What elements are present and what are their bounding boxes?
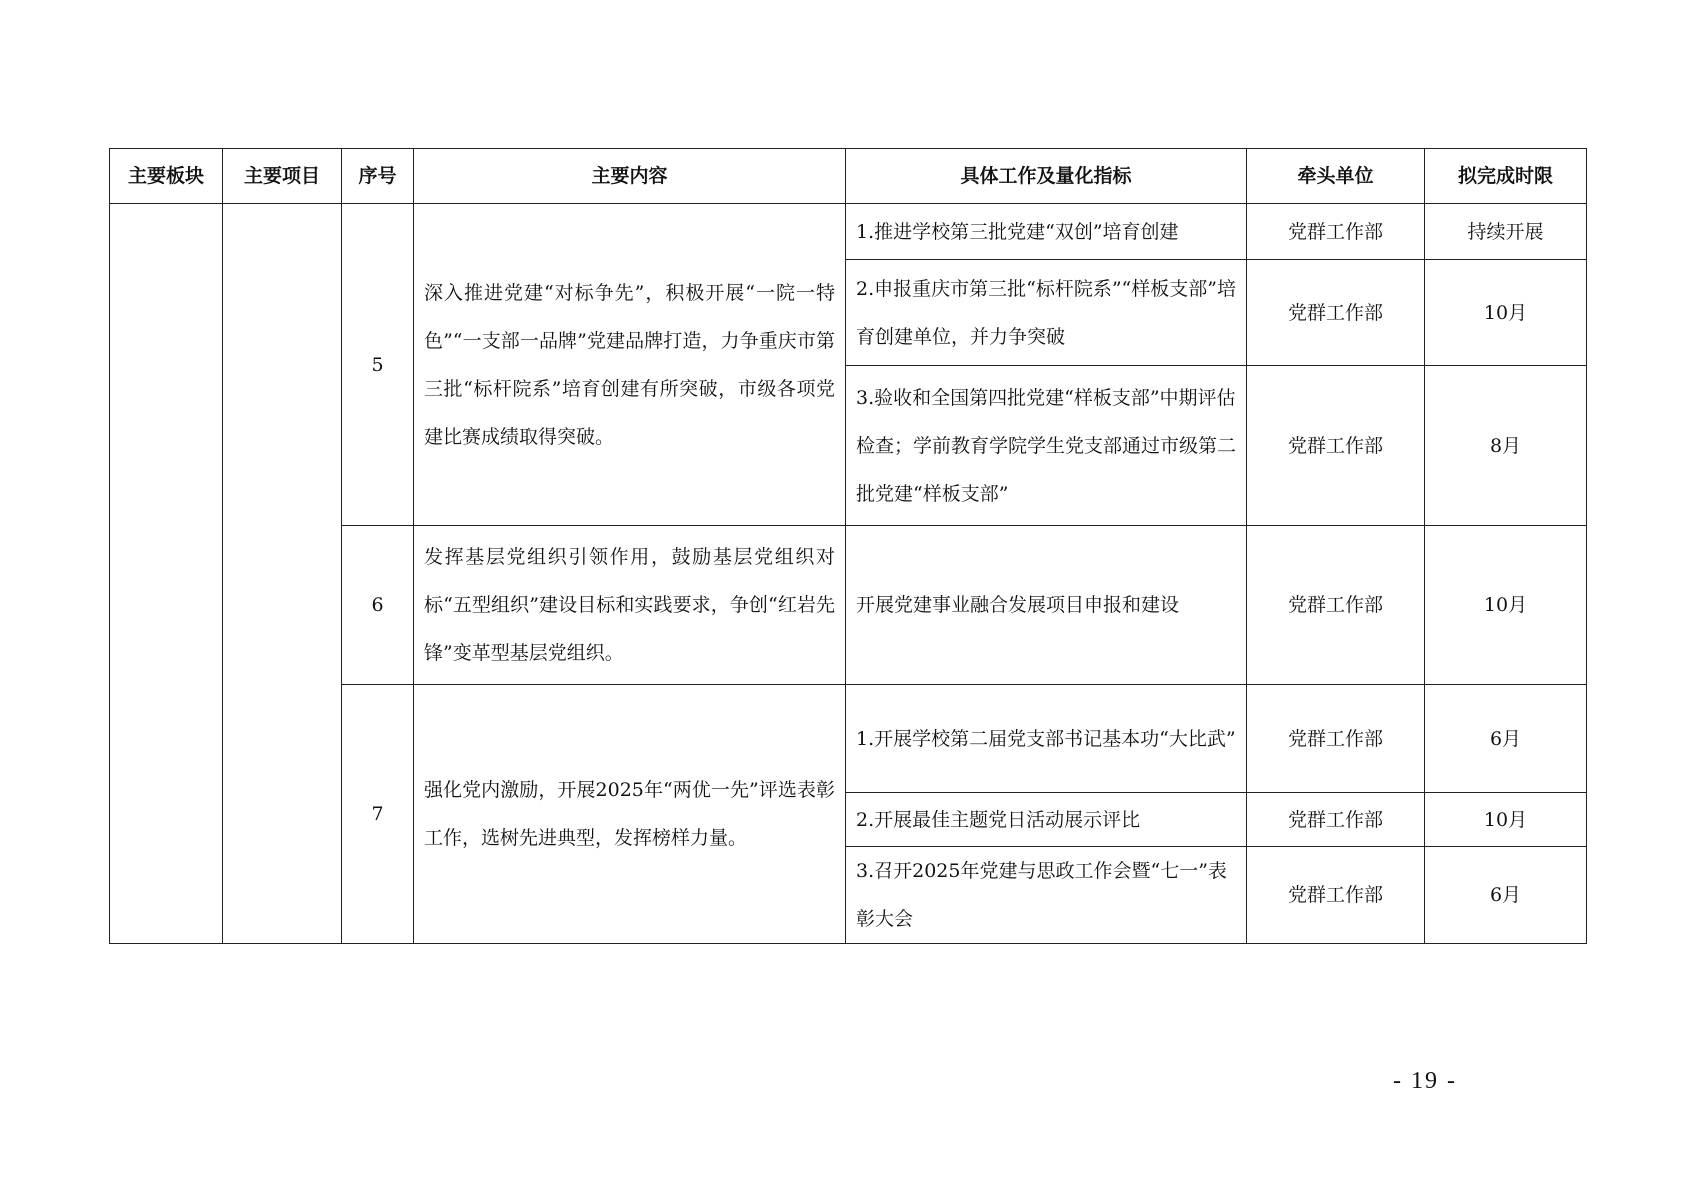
task-cell: 3.召开2025年党建与思政工作会暨“七一”表彰大会 (846, 847, 1247, 944)
lead-unit-cell: 党群工作部 (1247, 847, 1425, 944)
header-seq: 序号 (342, 149, 414, 204)
deadline-cell: 10月 (1425, 793, 1587, 847)
lead-unit-cell: 党群工作部 (1247, 793, 1425, 847)
content-cell: 强化党内激励，开展2025年“两优一先”评选表彰工作，选树先进典型，发挥榜样力量… (414, 685, 846, 944)
header-lead-unit: 牵头单位 (1247, 149, 1425, 204)
header-tasks: 具体工作及量化指标 (846, 149, 1247, 204)
deadline-cell: 10月 (1425, 260, 1587, 366)
seq-cell: 6 (342, 526, 414, 685)
task-cell: 开展党建事业融合发展项目申报和建设 (846, 526, 1247, 685)
main-section-cell (110, 204, 223, 944)
task-cell: 1.开展学校第二届党支部书记基本功“大比武” (846, 685, 1247, 793)
deadline-cell: 10月 (1425, 526, 1587, 685)
deadline-cell: 8月 (1425, 366, 1587, 526)
page-number: - 19 - (1393, 1068, 1457, 1095)
task-cell: 1.推进学校第三批党建“双创”培育创建 (846, 204, 1247, 260)
table-row: 5 深入推进党建“对标争先”，积极开展“一院一特色”“一支部一品牌”党建品牌打造… (110, 204, 1587, 260)
deadline-cell: 6月 (1425, 847, 1587, 944)
task-cell: 2.开展最佳主题党日活动展示评比 (846, 793, 1247, 847)
task-cell: 3.验收和全国第四批党建“样板支部”中期评估检查；学前教育学院学生党支部通过市级… (846, 366, 1247, 526)
lead-unit-cell: 党群工作部 (1247, 685, 1425, 793)
header-row: 主要板块 主要项目 序号 主要内容 具体工作及量化指标 牵头单位 拟完成时限 (110, 149, 1587, 204)
task-cell: 2.申报重庆市第三批“标杆院系”“样板支部”培育创建单位，并力争突破 (846, 260, 1247, 366)
lead-unit-cell: 党群工作部 (1247, 526, 1425, 685)
main-project-cell (223, 204, 342, 944)
content-cell: 深入推进党建“对标争先”，积极开展“一院一特色”“一支部一品牌”党建品牌打造，力… (414, 204, 846, 526)
seq-cell: 7 (342, 685, 414, 944)
header-main-project: 主要项目 (223, 149, 342, 204)
seq-cell: 5 (342, 204, 414, 526)
lead-unit-cell: 党群工作部 (1247, 260, 1425, 366)
deadline-cell: 6月 (1425, 685, 1587, 793)
header-main-content: 主要内容 (414, 149, 846, 204)
lead-unit-cell: 党群工作部 (1247, 366, 1425, 526)
content-cell: 发挥基层党组织引领作用，鼓励基层党组织对标“五型组织”建设目标和实践要求，争创“… (414, 526, 846, 685)
lead-unit-cell: 党群工作部 (1247, 204, 1425, 260)
header-main-section: 主要板块 (110, 149, 223, 204)
work-plan-table: 主要板块 主要项目 序号 主要内容 具体工作及量化指标 牵头单位 拟完成时限 5… (109, 148, 1587, 944)
deadline-cell: 持续开展 (1425, 204, 1587, 260)
header-deadline: 拟完成时限 (1425, 149, 1587, 204)
